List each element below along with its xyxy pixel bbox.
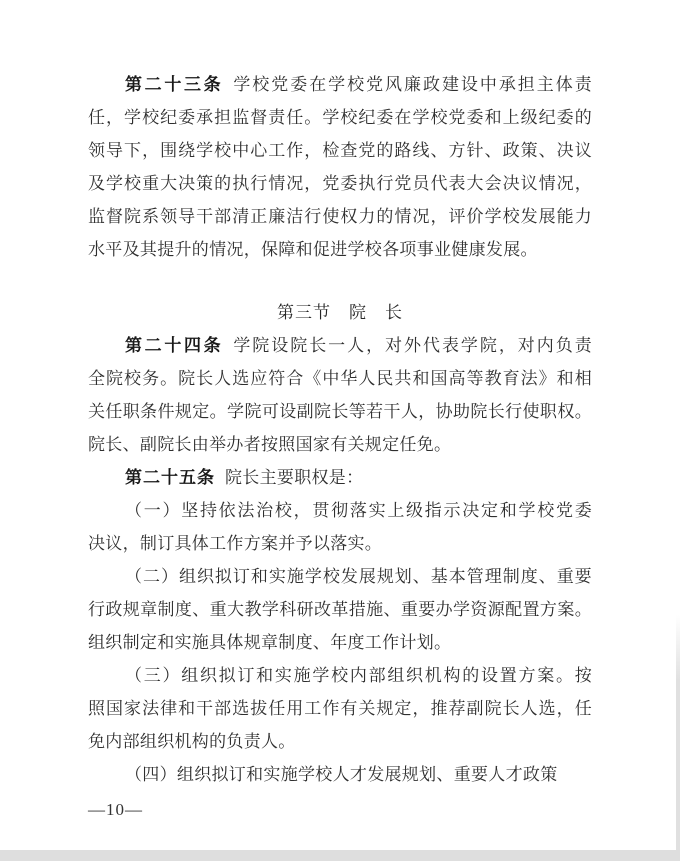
text-line: 第二十三条学校党委在学校党风廉政建设中承担主体责 — [88, 68, 592, 101]
text-line: 任，学校纪委承担监督责任。学校纪委在学校党委和上级纪委的 — [88, 101, 592, 134]
text-line: 领导下，围绕学校中心工作，检查党的路线、方针、政策、决议 — [88, 134, 592, 167]
document-text: 第二十三条学校党委在学校党风廉政建设中承担主体责 任，学校纪委承担监督责任。学校… — [88, 68, 592, 791]
article-number: 第二十四条 — [125, 336, 223, 355]
clause-1: （一）坚持依法治校，贯彻落实上级指示决定和学校党委 决议，制订具体工作方案并予以… — [88, 494, 592, 560]
text-line: 行政规章制度、重大教学科研改革措施、重要办学资源配置方案。 — [88, 593, 592, 626]
text-line: 全院校务。院长人选应符合《中华人民共和国高等教育法》和相 — [88, 362, 592, 395]
text-run: 院长主要职权是： — [225, 468, 363, 487]
text-line: （三）组织拟订和实施学校内部组织机构的设置方案。按 — [88, 659, 592, 692]
article-23: 第二十三条学校党委在学校党风廉政建设中承担主体责 任，学校纪委承担监督责任。学校… — [88, 68, 592, 266]
text-line: （二）组织拟订和实施学校发展规划、基本管理制度、重要 — [88, 560, 592, 593]
text-line: 组织制定和实施具体规章制度、年度工作计划。 — [88, 626, 592, 659]
clause-3: （三）组织拟订和实施学校内部组织机构的设置方案。按 照国家法律和干部选拔任用工作… — [88, 659, 592, 758]
clause-4: （四）组织拟订和实施学校人才发展规划、重要人才政策 — [88, 758, 592, 791]
section-heading: 第三节 院 长 — [88, 296, 592, 329]
text-line: 第二十五条院长主要职权是： — [88, 461, 592, 494]
clause-2: （二）组织拟订和实施学校发展规划、基本管理制度、重要 行政规章制度、重大教学科研… — [88, 560, 592, 659]
text-run: 学院设院长一人，对外代表学院，对内负责 — [233, 336, 592, 355]
text-line: 照国家法律和干部选拔任用工作有关规定，推荐副院长人选，任 — [88, 692, 592, 725]
text-line: （一）坚持依法治校，贯彻落实上级指示决定和学校党委 — [88, 494, 592, 527]
text-line: 监督院系领导干部清正廉洁行使权力的情况，评价学校发展能力 — [88, 200, 592, 233]
text-run: 学校党委在学校党风廉政建设中承担主体责 — [233, 75, 592, 94]
scanned-document-page: 第二十三条学校党委在学校党风廉政建设中承担主体责 任，学校纪委承担监督责任。学校… — [0, 0, 680, 861]
scan-edge-right — [676, 615, 680, 850]
article-24: 第二十四条学院设院长一人，对外代表学院，对内负责 全院校务。院长人选应符合《中华… — [88, 329, 592, 461]
text-line: 第二十四条学院设院长一人，对外代表学院，对内负责 — [88, 329, 592, 362]
article-number: 第二十三条 — [125, 75, 223, 94]
text-line: 院长、副院长由举办者按照国家有关规定任免。 — [88, 428, 592, 461]
text-line: 免内部组织机构的负责人。 — [88, 725, 592, 758]
text-line: 决议，制订具体工作方案并予以落实。 — [88, 527, 592, 560]
text-line: 关任职条件规定。学院可设副院长等若干人，协助院长行使职权。 — [88, 395, 592, 428]
article-number: 第二十五条 — [125, 468, 215, 487]
article-25: 第二十五条院长主要职权是： — [88, 461, 592, 494]
text-line: 及学校重大决策的执行情况，党委执行党员代表大会决议情况， — [88, 167, 592, 200]
scan-edge-bottom — [0, 850, 680, 861]
text-line: 水平及其提升的情况，保障和促进学校各项事业健康发展。 — [88, 233, 592, 266]
page-number: —10— — [88, 800, 143, 820]
text-line: （四）组织拟订和实施学校人才发展规划、重要人才政策 — [88, 758, 592, 791]
